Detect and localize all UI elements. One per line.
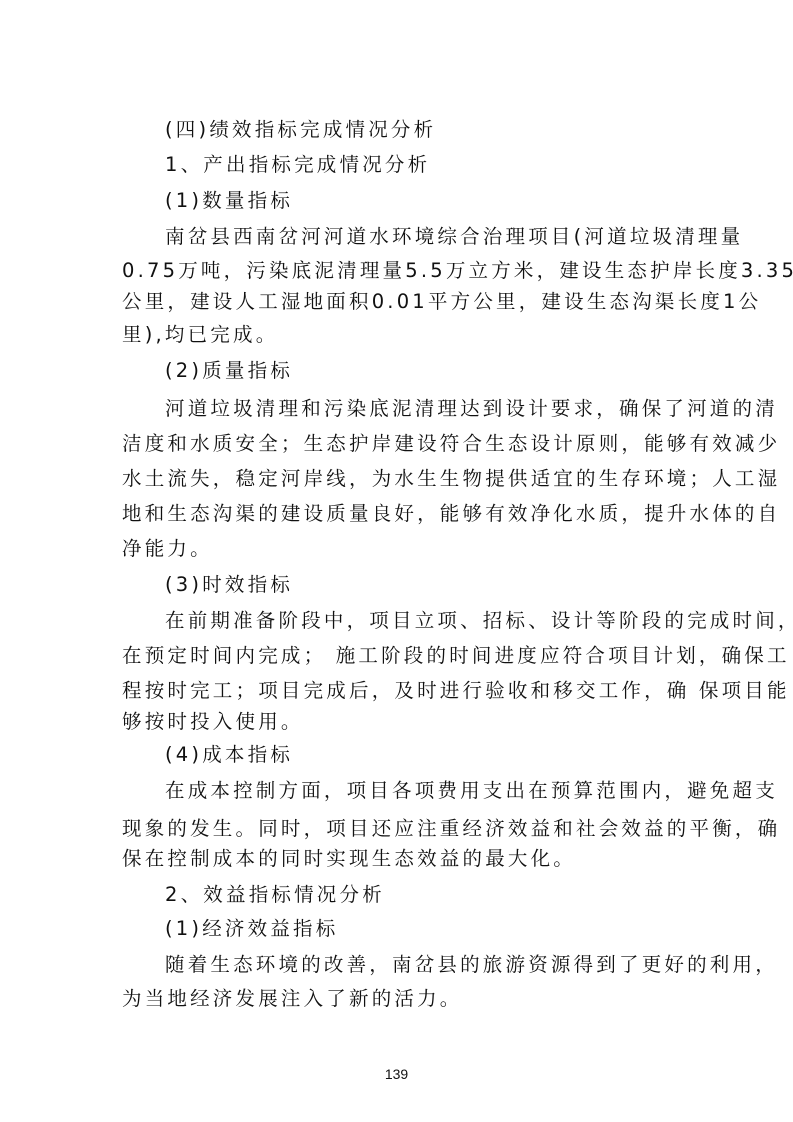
paragraph-line: 净能力。: [122, 537, 762, 561]
heading-performance-analysis: (四)绩效指标完成情况分析: [165, 118, 793, 142]
paragraph-line: 程按时完工；项目完成后，及时进行验收和移交工作，确 保项目能: [122, 679, 762, 703]
paragraph-line: 现象的发生。同时，项目还应注重经济效益和社会效益的平衡，确: [122, 817, 762, 841]
paragraph-line: 南岔县西南岔河河道水环境综合治理项目(河道垃圾清理量: [165, 225, 793, 249]
paragraph-line: 为当地经济发展注入了新的活力。: [122, 987, 762, 1011]
section-benefit-indicators: 2、效益指标情况分析: [165, 883, 793, 907]
paragraph-line: 够按时投入使用。: [122, 710, 762, 734]
paragraph-line: 河道垃圾清理和污染底泥清理达到设计要求，确保了河道的清: [165, 397, 793, 421]
paragraph-line: 保在控制成本的同时实现生态效益的最大化。: [122, 847, 762, 871]
paragraph-line: 水土流失，稳定河岸线，为水生生物提供适宜的生存环境；人工湿: [122, 467, 762, 491]
paragraph-line: 公里，建设人工湿地面积0.01平方公里，建设生态沟渠长度1公: [122, 290, 762, 314]
paragraph-line: 洁度和水质安全；生态护岸建设符合生态设计原则，能够有效减少: [122, 432, 762, 456]
section-output-indicators: 1、产出指标完成情况分析: [165, 153, 793, 177]
subheading-quality: (2)质量指标: [165, 359, 793, 383]
paragraph-line: 0.75万吨，污染底泥清理量5.5万立方米，建设生态护岸长度3.35: [122, 259, 762, 283]
document-page: (四)绩效指标完成情况分析 1、产出指标完成情况分析 (1)数量指标 南岔县西南…: [0, 0, 793, 1122]
paragraph-line: 里),均已完成。: [122, 323, 762, 347]
subheading-cost: (4)成本指标: [165, 743, 793, 767]
subheading-timeliness: (3)时效指标: [165, 573, 793, 597]
subheading-quantity: (1)数量指标: [165, 189, 793, 213]
paragraph-line: 在前期准备阶段中，项目立项、招标、设计等阶段的完成时间，: [165, 609, 793, 633]
paragraph-line: 在成本控制方面，项目各项费用支出在预算范围内，避免超支: [165, 779, 793, 803]
paragraph-line: 在预定时间内完成； 施工阶段的时间进度应符合项目计划，确保工: [122, 644, 762, 668]
subheading-economic-benefit: (1)经济效益指标: [165, 917, 793, 941]
page-number: 139: [0, 1066, 793, 1082]
paragraph-line: 地和生态沟渠的建设质量良好，能够有效净化水质，提升水体的自: [122, 502, 762, 526]
paragraph-line: 随着生态环境的改善，南岔县的旅游资源得到了更好的利用，: [165, 953, 793, 977]
